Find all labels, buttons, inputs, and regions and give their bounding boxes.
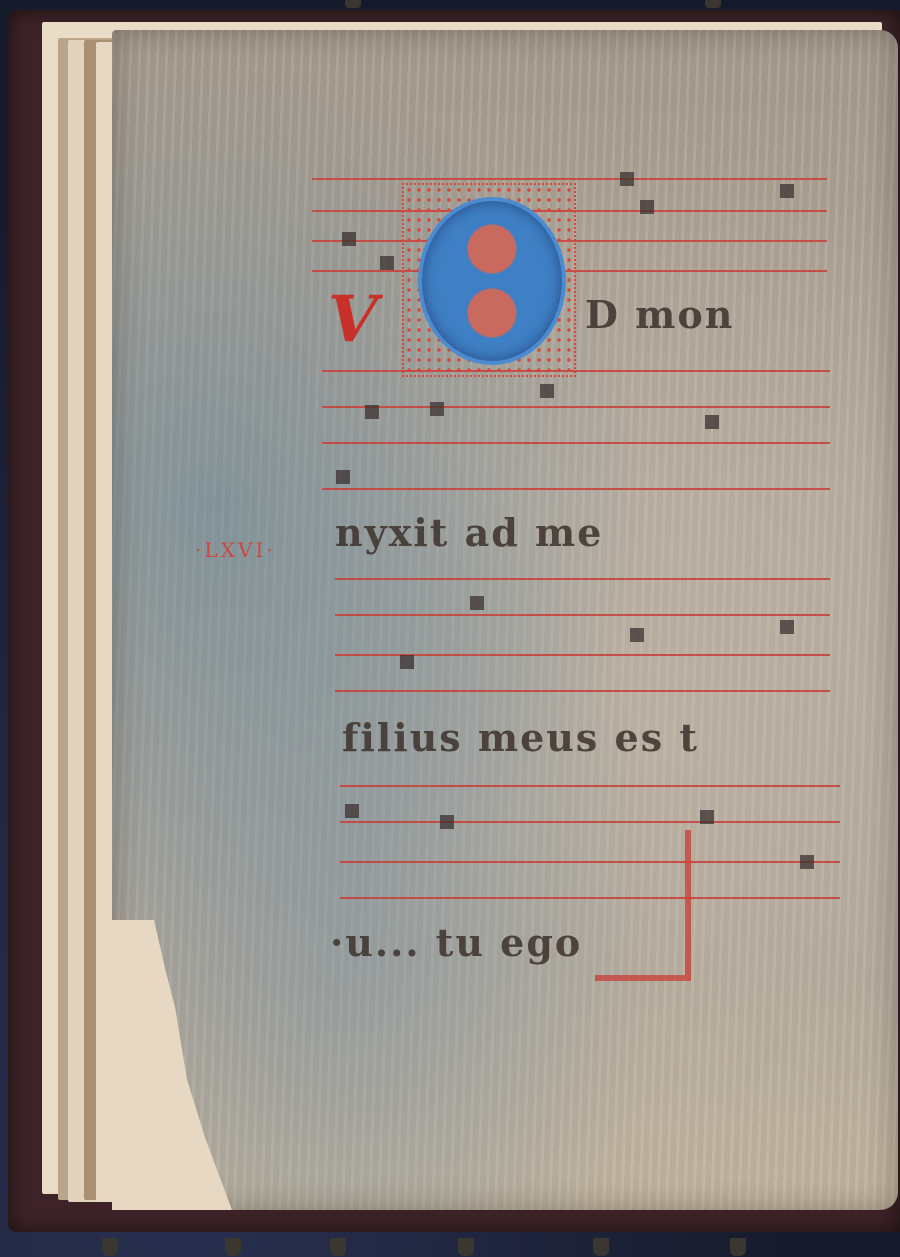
binding-foot xyxy=(730,1238,746,1256)
binding-clasp xyxy=(345,0,361,8)
neume xyxy=(470,596,484,610)
neume xyxy=(700,810,714,824)
folio-number: ·LXVI· xyxy=(195,538,276,562)
neume xyxy=(800,855,814,869)
neume xyxy=(780,184,794,198)
illuminated-initial-d xyxy=(418,197,566,365)
lyric-line-1: D mon xyxy=(585,292,734,337)
neume xyxy=(345,804,359,818)
lyric-line-3: filius meus es t xyxy=(342,715,699,760)
binding-foot xyxy=(225,1238,241,1256)
neume xyxy=(620,172,634,186)
binding-foot xyxy=(102,1238,118,1256)
red-initial-e xyxy=(595,830,691,981)
neume xyxy=(780,620,794,634)
neume xyxy=(380,256,394,270)
neume xyxy=(400,655,414,669)
rubric-versicle: V xyxy=(328,282,378,357)
neume xyxy=(342,232,356,246)
binding-foot xyxy=(330,1238,346,1256)
music-staff-2 xyxy=(322,370,830,500)
binding-clasp xyxy=(705,0,721,8)
neume xyxy=(540,384,554,398)
lyric-line-4: ·u... tu ego xyxy=(330,920,582,965)
binding-foot xyxy=(458,1238,474,1256)
music-staff-4 xyxy=(340,785,840,905)
neume xyxy=(430,402,444,416)
neume xyxy=(630,628,644,642)
neume xyxy=(336,470,350,484)
lyric-line-2: nyxit ad me xyxy=(335,510,603,555)
neume xyxy=(365,405,379,419)
neume xyxy=(705,415,719,429)
neume xyxy=(640,200,654,214)
music-staff-3 xyxy=(335,578,830,698)
illuminated-initial-frame xyxy=(402,183,576,377)
neume xyxy=(440,815,454,829)
binding-foot xyxy=(593,1238,609,1256)
